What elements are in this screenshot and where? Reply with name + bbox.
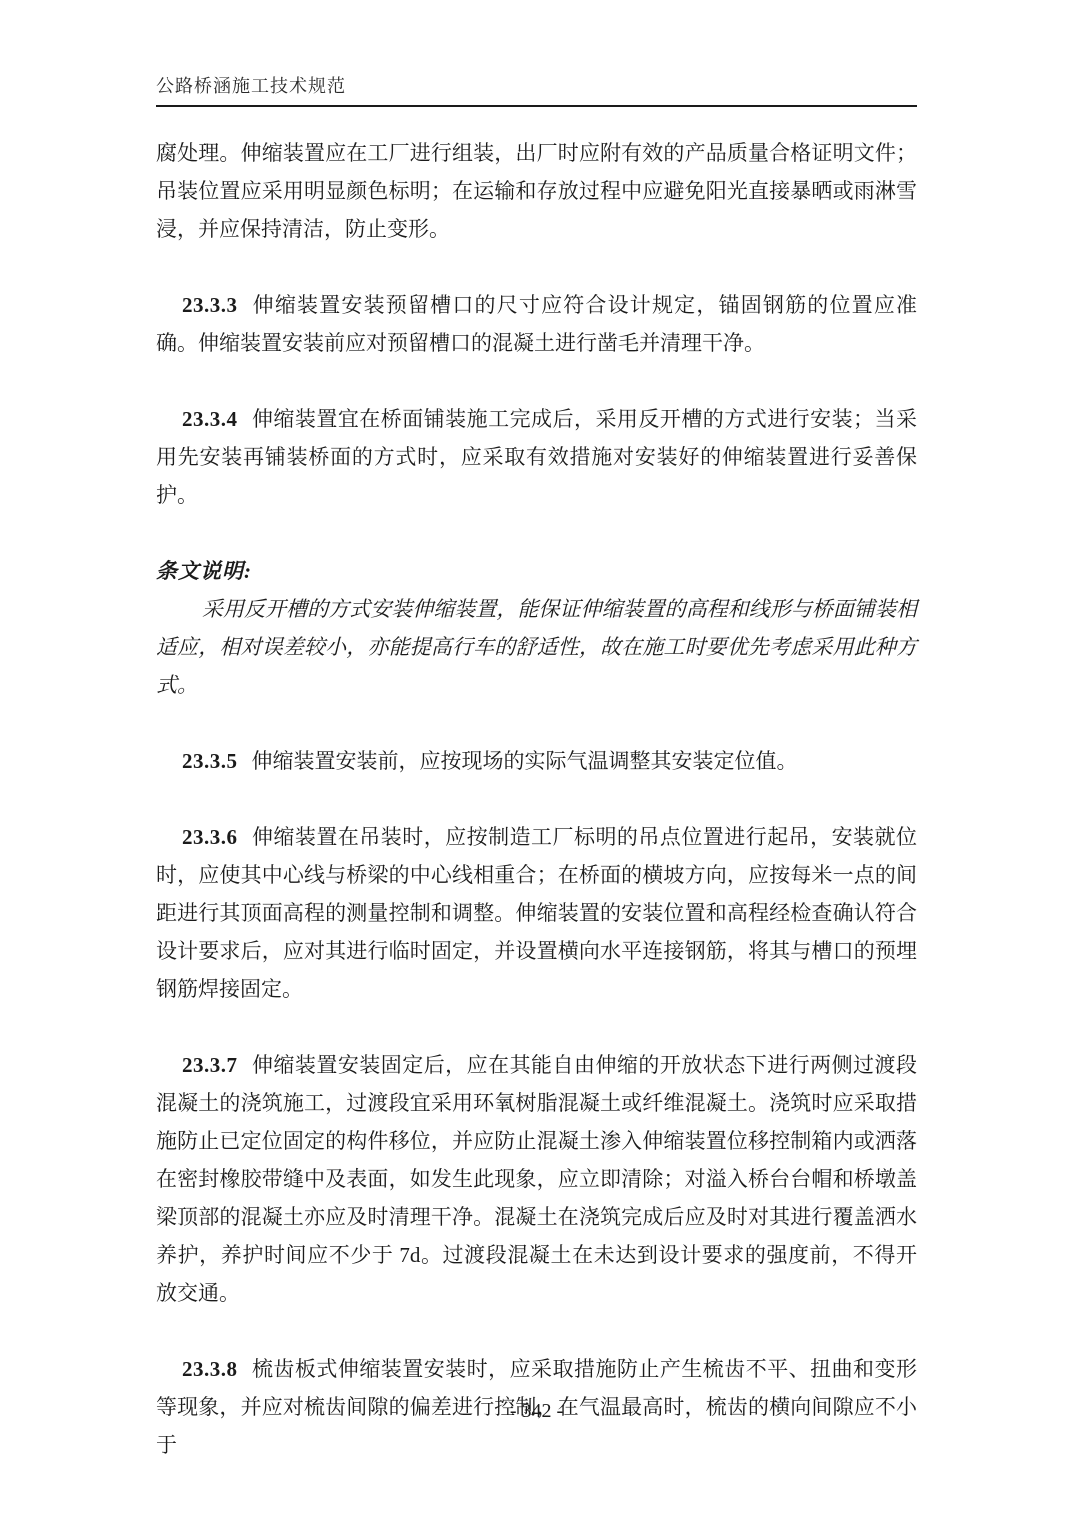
clause-text: 伸缩装置安装固定后，应在其能自由伸缩的开放状态下进行两侧过渡段混凝土的浇筑施工，…	[156, 1053, 917, 1305]
page-number: - 342 -	[156, 1400, 917, 1423]
clause-number: 23.3.5	[182, 749, 238, 773]
clause-23-3-7: 23.3.7伸缩装置安装固定后，应在其能自由伸缩的开放状态下进行两侧过渡段混凝土…	[156, 1046, 917, 1312]
clause-text: 伸缩装置安装前，应按现场的实际气温调整其安装定位值。	[252, 749, 798, 773]
clause-number: 23.3.7	[182, 1053, 238, 1077]
clause-23-3-6: 23.3.6伸缩装置在吊装时，应按制造工厂标明的吊点位置进行起吊，安装就位时，应…	[156, 818, 917, 1008]
clause-text: 伸缩装置宜在桥面铺装施工完成后，采用反开槽的方式进行安装；当采用先安装再铺装桥面…	[156, 407, 917, 507]
clause-text: 伸缩装置在吊装时，应按制造工厂标明的吊点位置进行起吊，安装就位时，应使其中心线与…	[156, 825, 917, 1001]
clause-text: 伸缩装置安装预留槽口的尺寸应符合设计规定，锚固钢筋的位置应准确。伸缩装置安装前应…	[156, 293, 917, 355]
clause-23-3-4: 23.3.4伸缩装置宜在桥面铺装施工完成后，采用反开槽的方式进行安装；当采用先安…	[156, 400, 917, 514]
clause-23-3-5: 23.3.5伸缩装置安装前，应按现场的实际气温调整其安装定位值。	[156, 742, 917, 780]
clause-number: 23.3.6	[182, 825, 238, 849]
page-content: 腐处理。伸缩装置应在工厂进行组装，出厂时应附有效的产品质量合格证明文件；吊装位置…	[156, 134, 917, 1464]
clause-number: 23.3.3	[182, 293, 238, 317]
commentary-heading: 条文说明:	[156, 552, 917, 590]
continuation-paragraph: 腐处理。伸缩装置应在工厂进行组装，出厂时应附有效的产品质量合格证明文件；吊装位置…	[156, 134, 917, 248]
commentary-paragraph: 采用反开槽的方式安装伸缩装置，能保证伸缩装置的高程和线形与桥面铺装相适应，相对误…	[156, 590, 917, 704]
clause-number: 23.3.4	[182, 407, 238, 431]
running-header-title: 公路桥涵施工技术规范	[156, 72, 917, 107]
document-page: 公路桥涵施工技术规范 腐处理。伸缩装置应在工厂进行组装，出厂时应附有效的产品质量…	[0, 0, 1074, 1520]
clause-23-3-3: 23.3.3伸缩装置安装预留槽口的尺寸应符合设计规定，锚固钢筋的位置应准确。伸缩…	[156, 286, 917, 362]
clause-number: 23.3.8	[182, 1357, 238, 1381]
